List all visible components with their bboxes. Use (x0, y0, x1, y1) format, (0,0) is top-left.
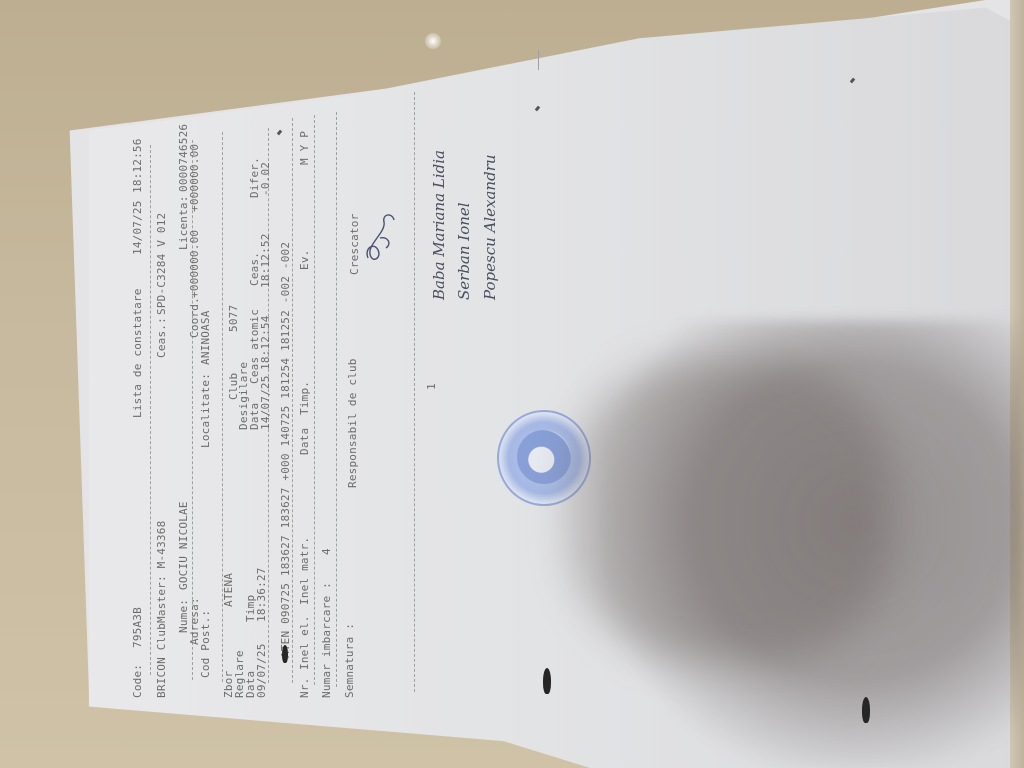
handwritten-signature-1: Baba Mariana Lidia (430, 150, 448, 300)
cod-post-label: Cod Post.: (199, 610, 212, 678)
ink-mark (862, 697, 870, 723)
localitate-label: Localitate: (199, 373, 212, 448)
separator (150, 145, 151, 675)
ceas-value: SPD-C3284 V 012 (155, 213, 168, 315)
desig-data-value: 14/07/25 (259, 375, 272, 430)
desig-ceas-atomic-value: 18:12:54 (259, 315, 272, 370)
col-nr: Nr. (298, 678, 311, 698)
responsabil-label: Responsabil de club (346, 358, 359, 488)
numar-imbarcare-value: 4 (320, 548, 333, 555)
ceas-label: Ceas.: (155, 317, 168, 358)
numar-imbarcare-label: Numar imbarcare : (320, 582, 333, 698)
separator (292, 118, 293, 683)
header-date: 14/07/25 (131, 200, 144, 255)
coord-value-2: +000000.00 (188, 144, 201, 212)
col-data: Data (298, 428, 311, 455)
record-line: ATEN 090725 183627 183627 +000 140725 18… (279, 242, 292, 658)
col-timp: Timp. (298, 381, 311, 415)
reglare-timp-value: 18:36:27 (255, 567, 268, 622)
zbor-value: ATENA (222, 573, 235, 607)
header-time: 18:12:56 (131, 138, 144, 193)
separator (414, 92, 415, 692)
clubmaster-line: BRICON ClubMaster: M-43368 (155, 521, 168, 698)
shadow (600, 320, 1024, 768)
col-inel-el: Inel el. (298, 615, 311, 670)
separator (336, 112, 337, 687)
semnatura-label: Semnatura : (343, 623, 356, 698)
separator (538, 50, 539, 70)
localitate-value: ANINOASA (199, 310, 212, 365)
ink-mark (282, 645, 288, 663)
handwritten-signature-2: Serban Ionel (455, 202, 473, 300)
page-marker: 1 (425, 383, 438, 390)
col-ev: Ev. (298, 250, 311, 270)
crescator-label: Crescator (348, 214, 361, 275)
separator (314, 115, 315, 685)
reglare-data-value: 09/07/25 (255, 643, 268, 698)
col-inel-matr: Inel matr. (298, 537, 311, 605)
document-title: Lista de constatare (131, 288, 144, 418)
ink-mark (543, 668, 551, 694)
club-value: 5077 (227, 305, 240, 332)
crescator-signature (362, 208, 400, 268)
coord-value-1: +000000.00 (188, 230, 201, 298)
col-flags: M Y P (298, 131, 311, 165)
desig-ceas-value: 18:12:52 (259, 233, 272, 288)
code-label: Code: (131, 664, 144, 698)
stamp-emblem (517, 430, 571, 484)
nume-value: GOCIU NICOLAE (177, 501, 190, 590)
desig-difer-value: -0.02 (259, 162, 272, 196)
code-value: 795A3B (131, 607, 144, 648)
handwritten-signature-3: Popescu Alexandru (481, 154, 499, 300)
